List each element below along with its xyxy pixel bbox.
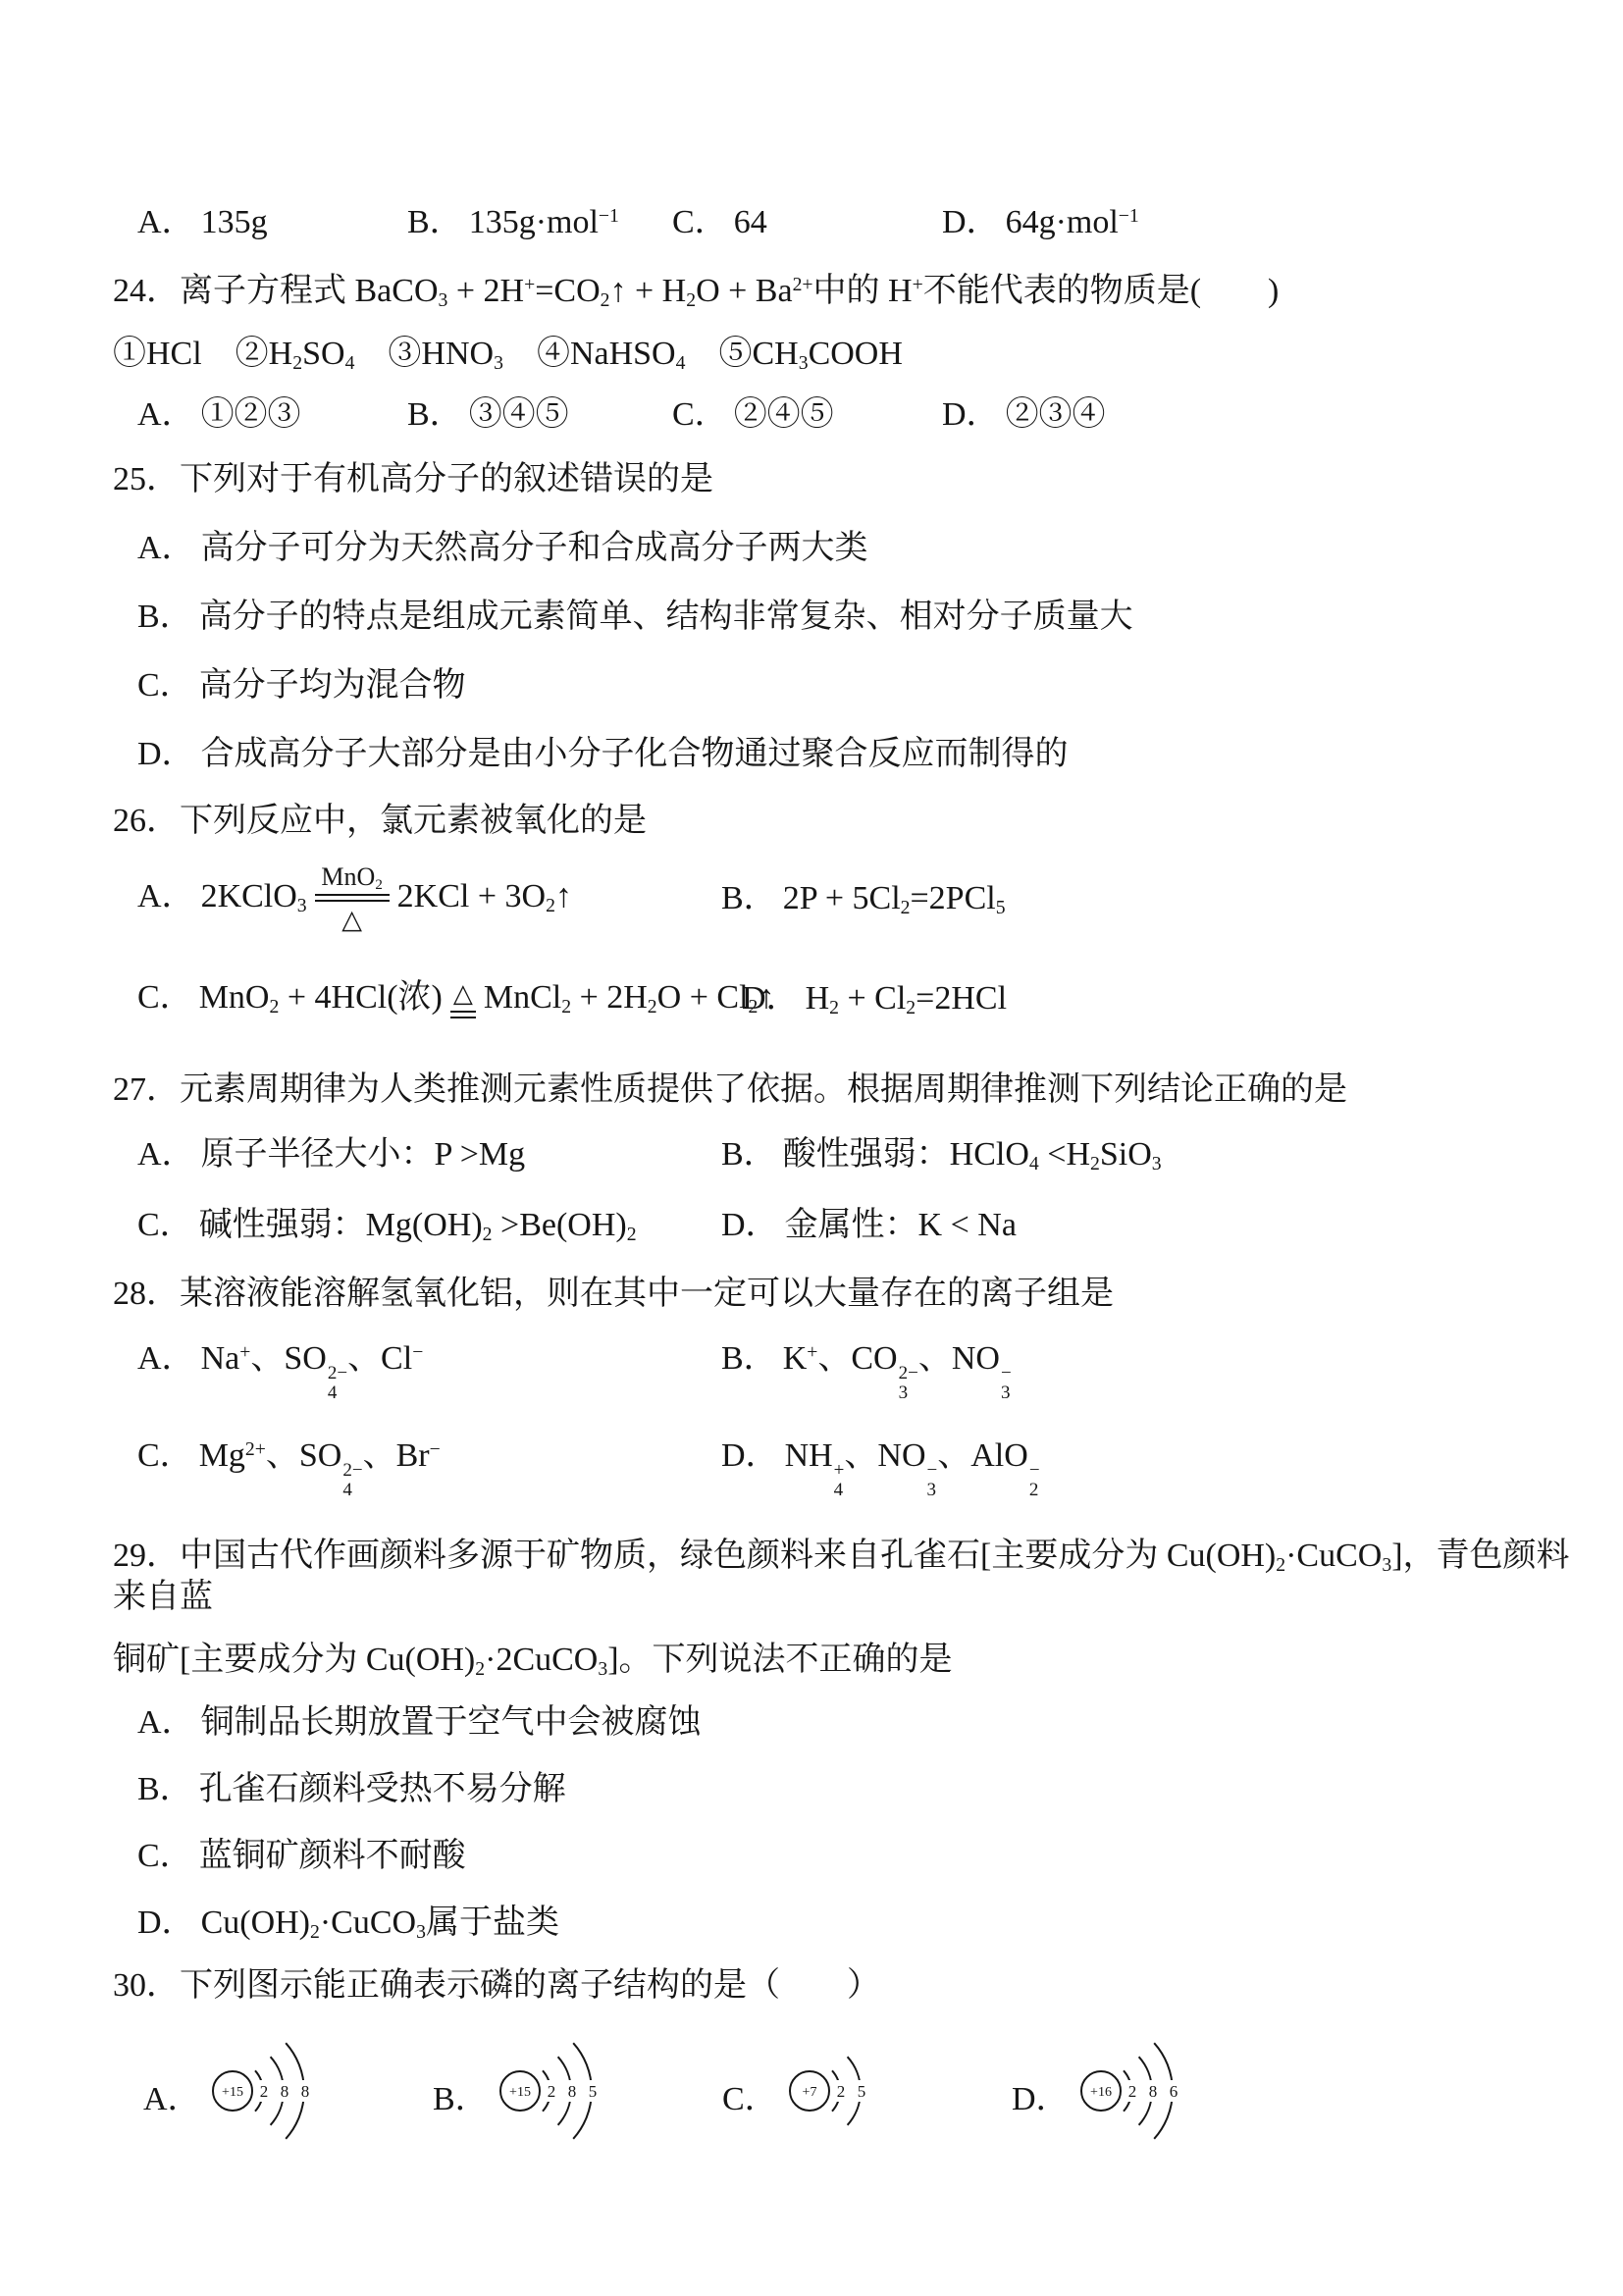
- svg-text:+7: +7: [802, 2085, 816, 2100]
- option-label: B．: [433, 2071, 489, 2119]
- option-text: ②④⑤: [734, 396, 834, 433]
- svg-text:2: 2: [259, 2082, 268, 2101]
- atomic-structure-diagram: +15285: [495, 2042, 669, 2149]
- option-a: A．①②③: [137, 394, 407, 436]
- question-choices-list: ①HCl ②H2SO4 ③HNO3 ④NaHSO4 ⑤CH3COOH: [113, 334, 1584, 375]
- option-text: 高分子的特点是组成元素简单、结构非常复杂、相对分子质量大: [199, 599, 1133, 635]
- options-row: A．原子半径大小：P >Mg B．酸性强弱：HClO4 <H2SiO3: [113, 1134, 1584, 1175]
- option-text: 原子半径大小：P >Mg: [201, 1136, 526, 1173]
- option-label: A．: [137, 530, 195, 566]
- option-label: C．: [722, 2071, 778, 2119]
- option-text: 高分子可分为天然高分子和合成高分子两大类: [201, 530, 868, 566]
- ion-group: NH+4、NO−3、AlO−2: [785, 1437, 1040, 1474]
- option-d: D．NH+4、NO−3、AlO−2: [721, 1435, 1584, 1499]
- option-c: C．Mg2+、SO2−4、Br−: [137, 1435, 721, 1499]
- chemical-equation: MnO2 + 4HCl(浓)△MnCl2 + 2H2O + Cl2↑: [199, 979, 775, 1016]
- option-a: A．Na+、SO2−4、Cl−: [137, 1338, 721, 1402]
- reaction-condition: △: [450, 979, 476, 1020]
- equals-double-line: [450, 1011, 476, 1018]
- chemical-equation: 2KClO3MnO2△2KCl + 3O2↑: [201, 878, 572, 914]
- option-b: B．孔雀石颜料受热不易分解: [113, 1769, 1584, 1810]
- option-text: 酸性强弱：HClO4 <H2SiO3: [783, 1136, 1162, 1173]
- question-stem: 24．离子方程式 BaCO3 + 2H+=CO2↑ + H2O + Ba2+中的…: [113, 271, 1584, 312]
- option-label: D．: [721, 1437, 779, 1474]
- option-label: A．: [137, 1340, 195, 1377]
- ion-group: Na+、SO2−4、Cl−: [201, 1340, 424, 1377]
- option-b: B．2P + 5Cl2=2PCl5: [721, 878, 1584, 919]
- option-label: D．: [721, 1207, 779, 1243]
- option-text: 蓝铜矿颜料不耐酸: [199, 1838, 466, 1874]
- svg-text:8: 8: [280, 2082, 288, 2101]
- options-row: A．Na+、SO2−4、Cl− B．K+、CO2−3、NO−3: [113, 1338, 1584, 1402]
- option-text: 135g·mol−1: [469, 204, 619, 240]
- question-23-options: A．135g B．135g·mol−1 C．64 D．64g·mol−1: [113, 202, 1584, 243]
- condition-above: MnO2: [321, 862, 382, 892]
- condition-below: △: [341, 904, 362, 935]
- question-26: 26．下列反应中，氯元素被氧化的是 A．2KClO3MnO2△2KCl + 3O…: [113, 801, 1584, 1040]
- svg-text:8: 8: [567, 2082, 576, 2101]
- question-stem-line-1: 29．中国古代作画颜料多源于矿物质，绿色颜料来自孔雀石[主要成分为 Cu(OH)…: [113, 1536, 1584, 1618]
- equals-double-line: [315, 894, 390, 902]
- exam-page: A．135g B．135g·mol−1 C．64 D．64g·mol−1 24．…: [0, 0, 1623, 2296]
- option-d: D．合成高分子大部分是由小分子化合物通过聚合反应而制得的: [113, 734, 1584, 775]
- option-label: A．: [137, 1136, 195, 1173]
- option-d: D．②③④: [942, 394, 1584, 436]
- option-label: C．: [137, 979, 193, 1016]
- option-b: B．135g·mol−1: [407, 202, 672, 243]
- options-row: A．①②③ B．③④⑤ C．②④⑤ D．②③④: [113, 394, 1584, 436]
- option-a: A．原子半径大小：P >Mg: [137, 1134, 721, 1175]
- condition-above: △: [453, 979, 473, 1009]
- svg-text:8: 8: [1148, 2082, 1157, 2101]
- option-text: 64: [734, 204, 767, 240]
- question-27: 27．元素周期律为人类推测元素性质提供了依据。根据周期律推测下列结论正确的是 A…: [113, 1070, 1584, 1246]
- question-29: 29．中国古代作画颜料多源于矿物质，绿色颜料来自孔雀石[主要成分为 Cu(OH)…: [113, 1536, 1584, 1944]
- chemical-equation: H2 + Cl2=2HCl: [806, 980, 1007, 1017]
- chemical-equation: 2P + 5Cl2=2PCl5: [783, 880, 1006, 916]
- option-c: C．碱性强弱：Mg(OH)2 >Be(OH)2: [137, 1205, 721, 1246]
- option-d: D．H2 + Cl2=2HCl: [742, 978, 1584, 1019]
- option-d: D．+16286: [1012, 2042, 1584, 2149]
- option-text: 合成高分子大部分是由小分子化合物通过聚合反应而制得的: [201, 736, 1069, 772]
- equation-lhs: MnO2 + 4HCl(浓): [199, 979, 443, 1016]
- svg-text:2: 2: [547, 2082, 555, 2101]
- atomic-structure-diagram: +16286: [1075, 2042, 1250, 2149]
- option-label: D．: [942, 396, 1000, 433]
- question-stem: 26．下列反应中，氯元素被氧化的是: [113, 801, 1584, 842]
- option-d: D．64g·mol−1: [942, 202, 1584, 243]
- svg-text:2: 2: [1127, 2082, 1136, 2101]
- question-stem: 30．下列图示能正确表示磷的离子结构的是（ ）: [113, 1965, 1584, 2007]
- option-text: ①②③: [201, 396, 301, 433]
- option-c: C．+725: [722, 2042, 1012, 2149]
- options-row: A．+15288 B．+15285 C．+725 D．+16286: [113, 2042, 1584, 2149]
- option-label: D．: [1012, 2071, 1070, 2119]
- options-row: A．2KClO3MnO2△2KCl + 3O2↑ B．2P + 5Cl2=2PC…: [113, 846, 1584, 952]
- option-c: C．②④⑤: [672, 394, 942, 436]
- option-label: A．: [137, 878, 195, 914]
- option-b: B．③④⑤: [407, 394, 672, 436]
- question-25: 25．下列对于有机高分子的叙述错误的是 A．高分子可分为天然高分子和合成高分子两…: [113, 459, 1584, 775]
- option-text: 64g·mol−1: [1006, 204, 1139, 240]
- equation-rhs: 2KCl + 3O2↑: [397, 878, 572, 914]
- svg-text:8: 8: [300, 2082, 309, 2101]
- option-label: B．: [407, 204, 463, 240]
- option-b: B．高分子的特点是组成元素简单、结构非常复杂、相对分子质量大: [113, 597, 1584, 638]
- options-row: C．Mg2+、SO2−4、Br− D．NH+4、NO−3、AlO−2: [113, 1435, 1584, 1499]
- options-row: C．MnO2 + 4HCl(浓)△MnCl2 + 2H2O + Cl2↑ D．H…: [113, 958, 1584, 1040]
- option-label: C．: [137, 1207, 193, 1243]
- option-a: A．135g: [137, 202, 407, 243]
- option-text: 金属性：K < Na: [785, 1207, 1017, 1243]
- option-text: 高分子均为混合物: [199, 667, 466, 704]
- equation-rhs: MnCl2 + 2H2O + Cl2↑: [484, 979, 775, 1016]
- option-label: A．: [143, 2071, 201, 2119]
- svg-text:+15: +15: [509, 2085, 531, 2100]
- atomic-structure-diagram: +15288: [207, 2042, 382, 2149]
- option-b: B．+15285: [433, 2042, 722, 2149]
- option-label: C．: [137, 1437, 193, 1474]
- option-label: A．: [137, 204, 195, 240]
- option-text: 碱性强弱：Mg(OH)2 >Be(OH)2: [199, 1207, 637, 1243]
- option-label: B．: [137, 1771, 193, 1807]
- option-c: C．高分子均为混合物: [113, 665, 1584, 706]
- option-label: C．: [672, 204, 728, 240]
- question-24: 24．离子方程式 BaCO3 + 2H+=CO2↑ + H2O + Ba2+中的…: [113, 271, 1584, 436]
- option-c: C．64: [672, 202, 942, 243]
- option-label: C．: [137, 1838, 193, 1874]
- reaction-condition: MnO2△: [315, 862, 390, 935]
- question-stem: 25．下列对于有机高分子的叙述错误的是: [113, 459, 1584, 500]
- svg-text:5: 5: [857, 2082, 865, 2101]
- option-label: D．: [137, 736, 195, 772]
- option-text: 135g: [201, 204, 268, 240]
- svg-text:+16: +16: [1090, 2085, 1112, 2100]
- option-label: D．: [742, 980, 800, 1017]
- option-label: B．: [407, 396, 463, 433]
- atomic-structure-diagram: +725: [784, 2042, 959, 2149]
- option-text: Cu(OH)2·CuCO3属于盐类: [201, 1905, 559, 1941]
- option-c: C．蓝铜矿颜料不耐酸: [113, 1836, 1584, 1877]
- question-stem: 27．元素周期律为人类推测元素性质提供了依据。根据周期律推测下列结论正确的是: [113, 1070, 1584, 1111]
- question-stem-line-2: 铜矿[主要成分为 Cu(OH)2·2CuCO3]。下列说法不正确的是: [113, 1640, 1584, 1681]
- options-row: C．碱性强弱：Mg(OH)2 >Be(OH)2 D．金属性：K < Na: [113, 1205, 1584, 1246]
- option-b: B．K+、CO2−3、NO−3: [721, 1338, 1584, 1402]
- option-a: A．高分子可分为天然高分子和合成高分子两大类: [113, 528, 1584, 569]
- svg-text:+15: +15: [222, 2085, 243, 2100]
- options-row: A．135g B．135g·mol−1 C．64 D．64g·mol−1: [113, 202, 1584, 243]
- option-label: B．: [137, 599, 193, 635]
- option-label: B．: [721, 880, 777, 916]
- option-c: C．MnO2 + 4HCl(浓)△MnCl2 + 2H2O + Cl2↑: [137, 977, 742, 1020]
- svg-text:5: 5: [588, 2082, 597, 2101]
- option-d: D．Cu(OH)2·CuCO3属于盐类: [113, 1903, 1584, 1944]
- option-text: ③④⑤: [469, 396, 569, 433]
- option-text: ②③④: [1006, 396, 1106, 433]
- option-d: D．金属性：K < Na: [721, 1205, 1584, 1246]
- question-28: 28．某溶液能溶解氢氧化铝，则在其中一定可以大量存在的离子组是 A．Na+、SO…: [113, 1274, 1584, 1500]
- option-label: B．: [721, 1340, 777, 1377]
- option-text: 孔雀石颜料受热不易分解: [199, 1771, 566, 1807]
- option-b: B．酸性强弱：HClO4 <H2SiO3: [721, 1134, 1584, 1175]
- option-label: B．: [721, 1136, 777, 1173]
- option-a: A．2KClO3MnO2△2KCl + 3O2↑: [137, 862, 721, 935]
- svg-text:6: 6: [1169, 2082, 1178, 2101]
- equation-lhs: 2KClO3: [201, 878, 307, 914]
- option-text: 铜制品长期放置于空气中会被腐蚀: [201, 1704, 702, 1741]
- svg-text:2: 2: [836, 2082, 845, 2101]
- option-label: C．: [137, 667, 193, 704]
- option-label: A．: [137, 396, 195, 433]
- option-a: A．+15288: [143, 2042, 433, 2149]
- option-label: C．: [672, 396, 728, 433]
- option-a: A．铜制品长期放置于空气中会被腐蚀: [113, 1702, 1584, 1744]
- option-label: A．: [137, 1704, 195, 1741]
- ion-group: K+、CO2−3、NO−3: [783, 1340, 1012, 1377]
- option-label: D．: [942, 204, 1000, 240]
- ion-group: Mg2+、SO2−4、Br−: [199, 1437, 441, 1474]
- question-30: 30．下列图示能正确表示磷的离子结构的是（ ） A．+15288 B．+1528…: [113, 1965, 1584, 2149]
- question-stem: 28．某溶液能溶解氢氧化铝，则在其中一定可以大量存在的离子组是: [113, 1274, 1584, 1315]
- option-label: D．: [137, 1905, 195, 1941]
